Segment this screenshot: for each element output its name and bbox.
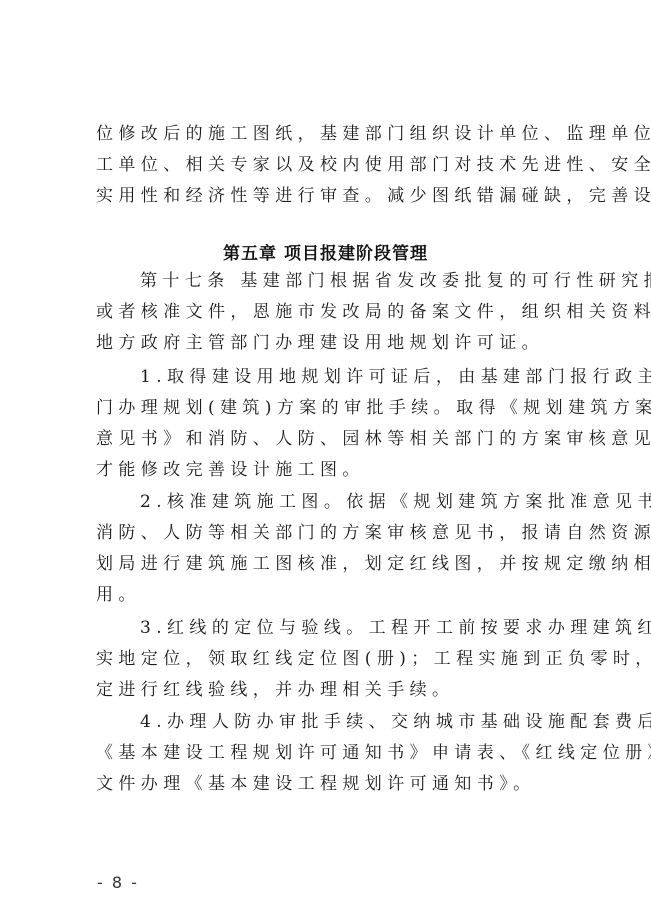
document-page: 位修改后的施工图纸，基建部门组织设计单位、监理单位、施 工单位、相关专家以及校内…: [0, 0, 651, 911]
text-line: 工单位、相关专家以及校内使用部门对技术先进性、安全性、: [96, 154, 651, 185]
text-line: 消防、人防等相关部门的方案审核意见书，报请自然资源和规: [96, 522, 651, 553]
text-line: 实地定位，领取红线定位图(册)；工程实施到正负零时，按规: [96, 648, 651, 679]
text-line: 文件办理《基本建设工程规划许可通知书》。: [96, 773, 536, 804]
text-line: 或者核准文件，恩施市发改局的备案文件，组织相关资料，报: [96, 301, 651, 332]
text-line: 位修改后的施工图纸，基建部门组织设计单位、监理单位、施: [96, 123, 651, 154]
text-line: 2.核准建筑施工图。依据《规划建筑方案批准意见书》和: [140, 491, 651, 522]
text-line: 1.取得建设用地规划许可证后，由基建部门报行政主管部: [140, 366, 651, 397]
text-line: 划局进行建筑施工图核准，划定红线图，并按规定缴纳相关费: [96, 553, 651, 584]
text-line: 实用性和经济性等进行审查。减少图纸错漏碰缺，完善设计。: [96, 185, 651, 216]
text-line: 第十七条 基建部门根据省发改委批复的可行性研究报告: [140, 270, 651, 301]
text-line: 意见书》和消防、人防、园林等相关部门的方案审核意见书后: [96, 428, 651, 459]
text-line: 4.办理人防办审批手续、交纳城市基础设施配套费后，持: [140, 711, 651, 742]
text-line: 地方政府主管部门办理建设用地规划许可证。: [96, 332, 544, 363]
chapter-heading: 第五章 项目报建阶段管理: [0, 239, 651, 264]
page-number: - 8 -: [97, 873, 139, 892]
text-line: 3.红线的定位与验线。工程开工前按要求办理建筑红线的: [140, 617, 651, 648]
text-line: 门办理规划(建筑)方案的审批手续。取得《规划建筑方案批准: [96, 397, 651, 428]
text-line: 用。: [96, 584, 141, 615]
text-line: 《基本建设工程规划许可通知书》申请表、《红线定位册》等: [96, 742, 651, 773]
text-line: 才能修改完善设计施工图。: [96, 459, 365, 490]
text-line: 定进行红线验线，并办理相关手续。: [96, 679, 454, 710]
